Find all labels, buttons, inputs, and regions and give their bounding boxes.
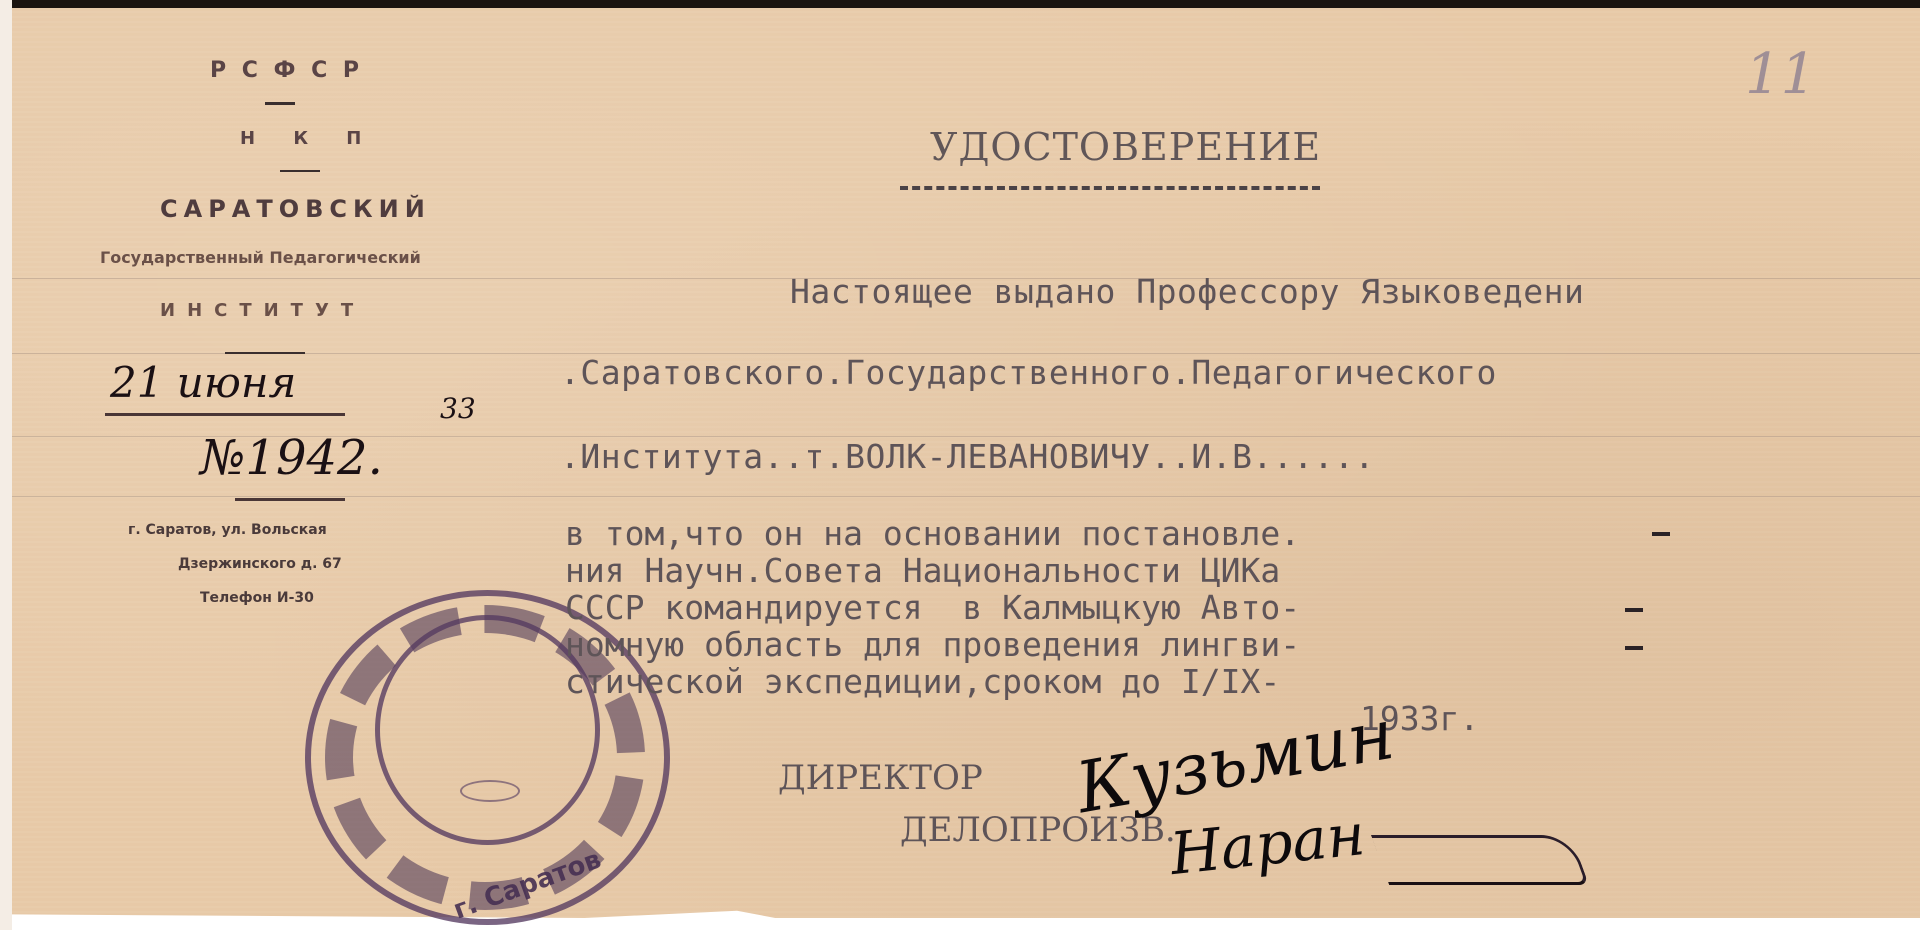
scan-top-edge — [0, 0, 1920, 8]
stamp-address-line: Телефон И-30 — [200, 590, 314, 606]
director-label: ДИРЕКТОР — [778, 758, 983, 798]
scan-left-edge — [0, 0, 12, 930]
stamp-institute-name: Государственный Педагогический — [100, 248, 421, 267]
margin-dash — [1652, 532, 1670, 536]
stamp-divider — [225, 352, 305, 354]
body-line: Настоящее выдано Профессору Языковедени — [790, 272, 1584, 311]
paragraph-line: ния Научн.Совета Национальности ЦИКа — [565, 552, 1280, 589]
folio-number: 11 — [1745, 42, 1816, 107]
stamp-address-line: г. Саратов, ул. Вольская — [128, 522, 327, 538]
paragraph-line: в том,что он на основании постановле. — [565, 515, 1300, 552]
paragraph-line: номную область для проведения лингви- — [565, 626, 1300, 663]
title-underline — [900, 186, 1320, 190]
stamp-rsfsr: Р С Ф С Р — [210, 58, 363, 83]
paragraph-line: СССР командируется в Калмыцкую Авто- — [565, 589, 1300, 626]
number-underline — [235, 498, 345, 501]
body-line: .Саратовского.Государственного.Педагогич… — [560, 353, 1497, 392]
handwritten-date: 21 июня — [110, 358, 296, 407]
stamp-divider — [265, 102, 295, 105]
stamp-nkp: Н К П — [240, 128, 377, 149]
handwritten-year: 33 — [440, 392, 476, 425]
document-title: УДОСТОВЕРЕНИЕ — [930, 125, 1321, 169]
seal-emblem — [460, 780, 520, 802]
stamp-institute: ИНСТИТУТ — [160, 300, 365, 321]
margin-dash — [1625, 608, 1643, 612]
margin-dash — [1625, 646, 1643, 650]
stamp-address-line: Дзержинского д. 67 — [178, 556, 342, 572]
ruled-line — [12, 496, 1920, 497]
date-underline — [105, 413, 345, 416]
paragraph-line: стической экспедиции,сроком до I/IX- — [565, 663, 1280, 700]
handwritten-number: №1942. — [200, 430, 383, 486]
signature-flourish — [1371, 835, 1589, 885]
stamp-saratov: САРАТОВСКИЙ — [160, 195, 431, 223]
stamp-divider — [280, 170, 320, 172]
body-line: .Института..т.ВОЛК-ЛЕВАНОВИЧУ..И.В...... — [560, 437, 1375, 476]
